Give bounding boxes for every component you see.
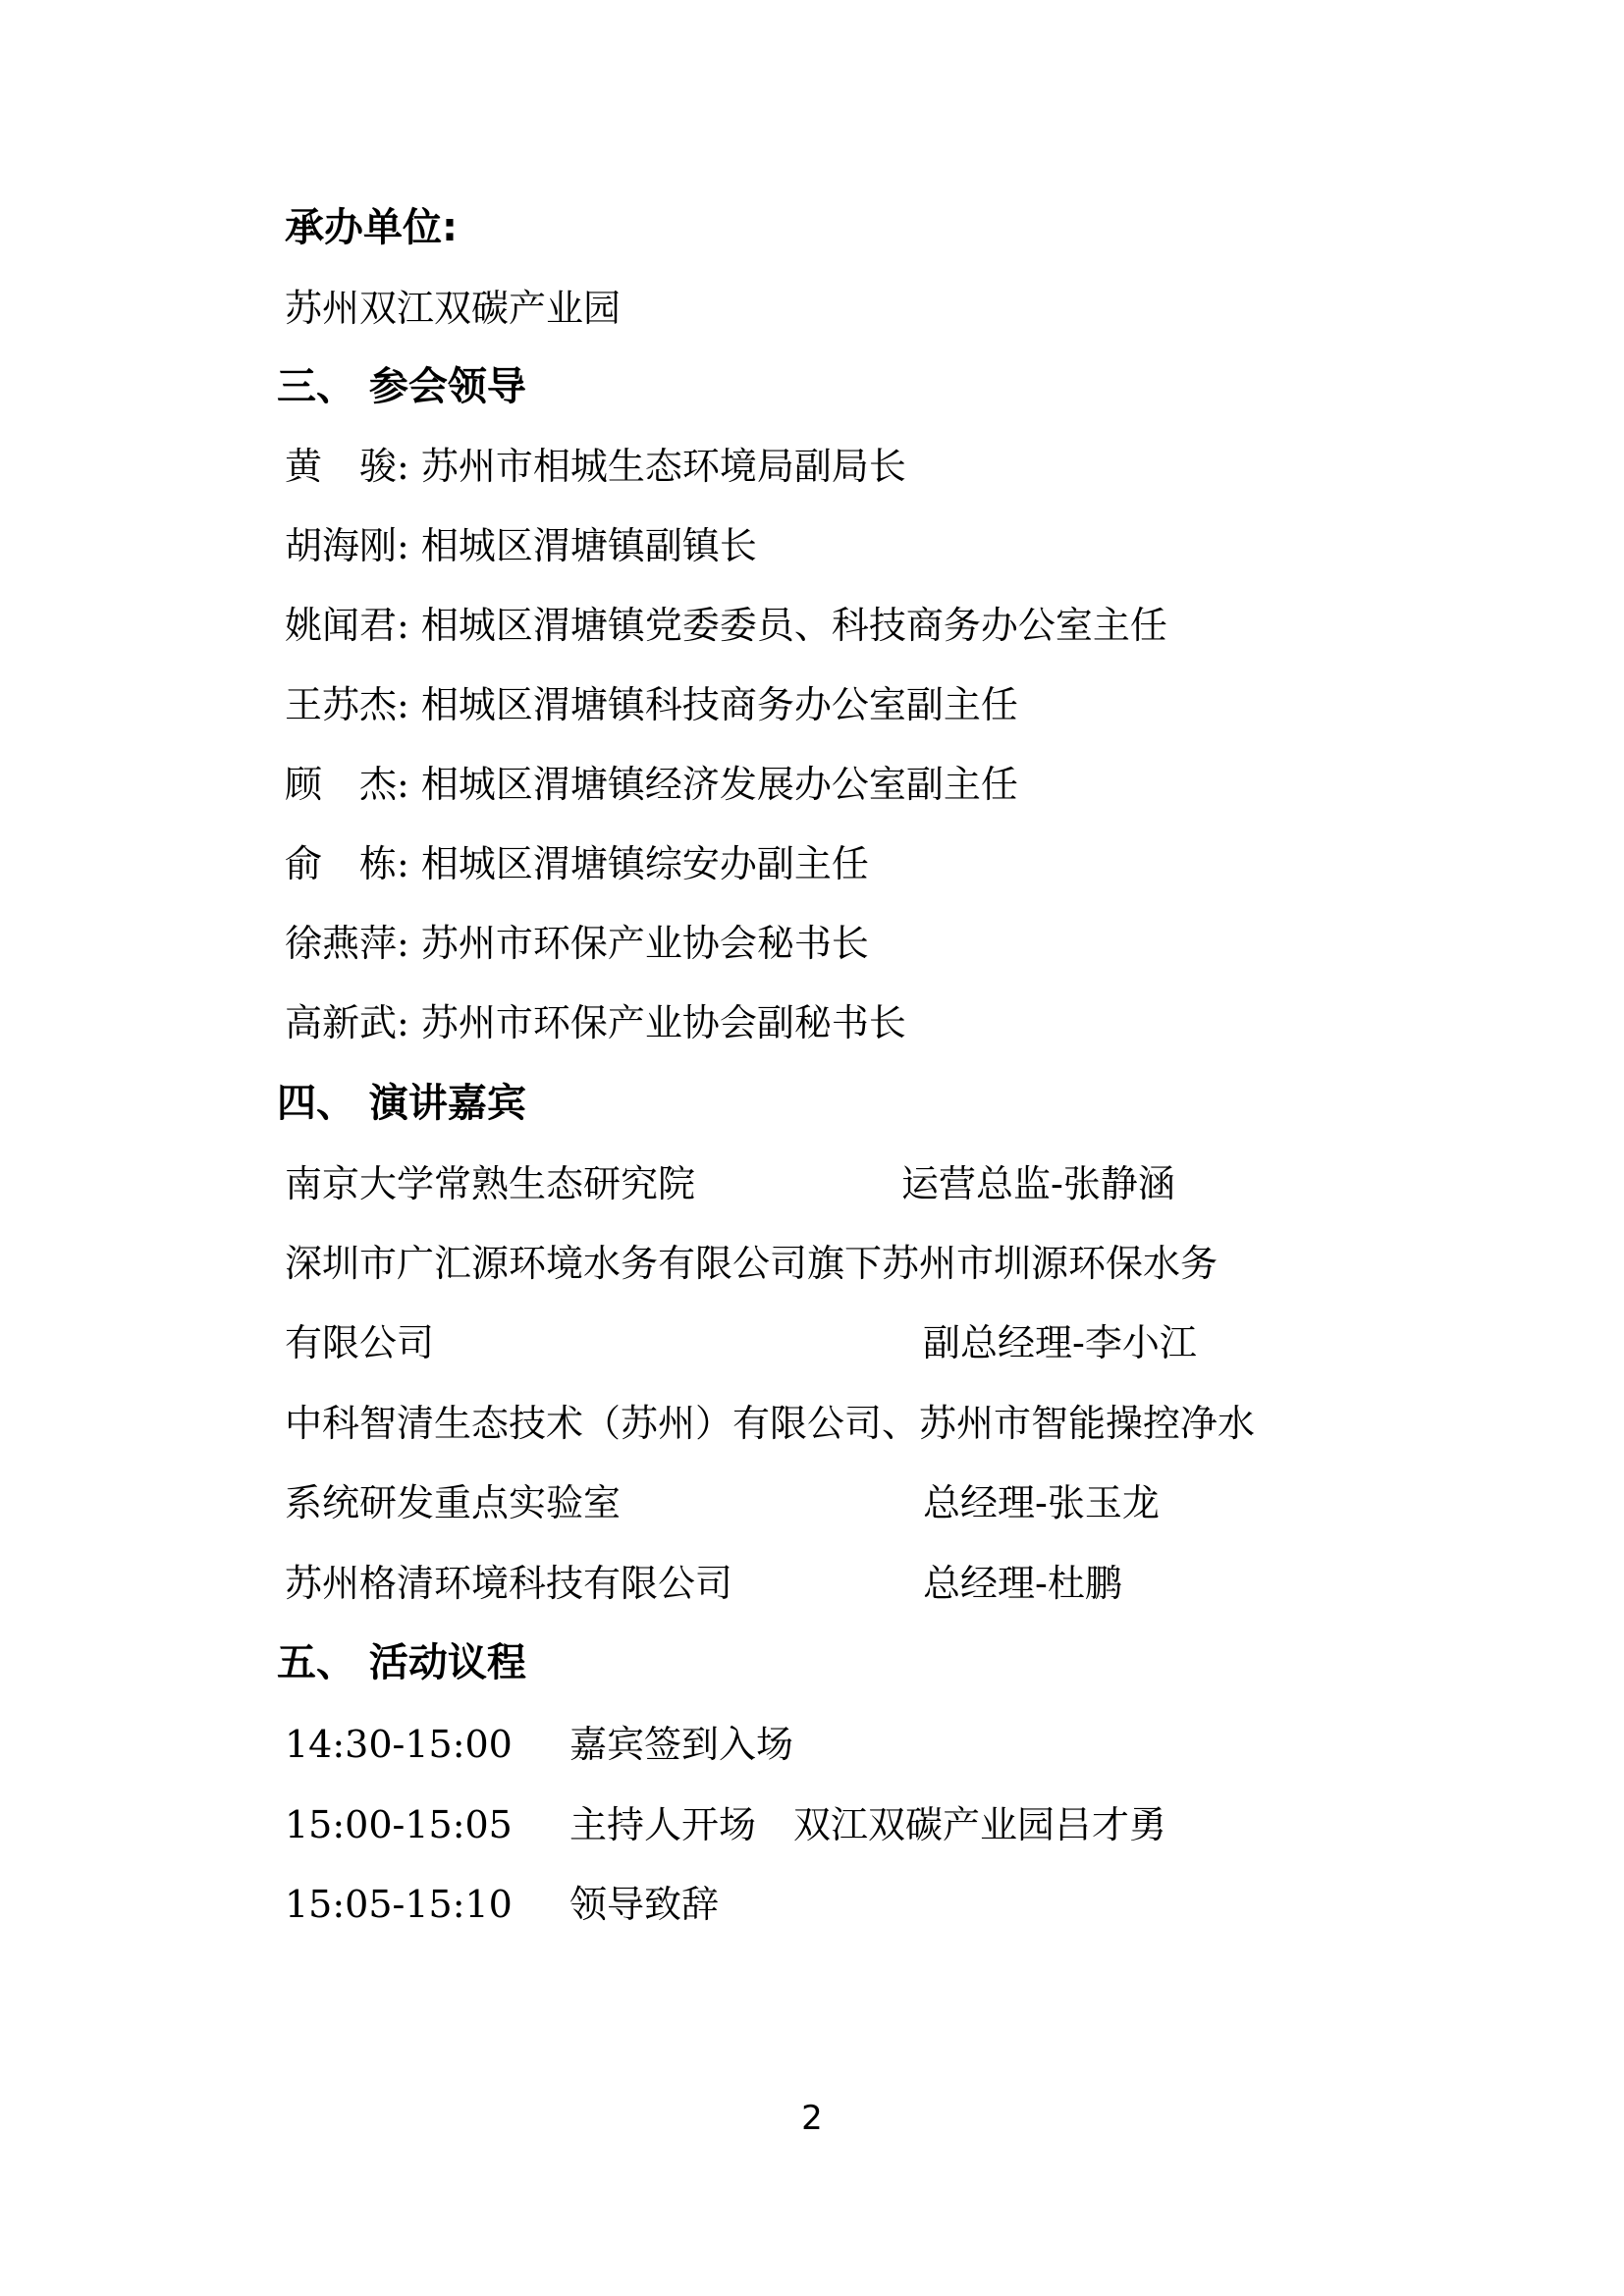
leader-name: 胡海刚: <box>285 524 409 567</box>
organizer-label: 承办单位: <box>285 204 458 251</box>
agenda-time: 15:00-15:05 <box>285 1801 569 1848</box>
leader-row: 胡海刚: 相城区渭塘镇副镇长 <box>285 522 757 569</box>
agenda-time: 15:05-15:10 <box>285 1881 569 1928</box>
leader-row: 姚闻君: 相城区渭塘镇党委委员、科技商务办公室主任 <box>285 602 1167 649</box>
section-title-leaders: 三、 参会领导 <box>277 363 526 410</box>
speaker-role: 运营总监-张静涵 <box>901 1160 1175 1207</box>
leader-row: 徐燕萍: 苏州市环保产业协会秘书长 <box>285 920 869 967</box>
speaker-org: 系统研发重点实验室 <box>285 1479 621 1526</box>
agenda-row: 14:30-15:00嘉宾签到入场 <box>285 1721 793 1768</box>
speaker-org: 南京大学常熟生态研究院 <box>285 1160 695 1207</box>
leader-title: 相城区渭塘镇副镇长 <box>421 524 757 567</box>
agenda-item: 领导致辞 <box>569 1883 719 1926</box>
speaker-org: 有限公司 <box>285 1319 434 1366</box>
leader-row: 高新武: 苏州市环保产业协会副秘书长 <box>285 999 906 1046</box>
agenda-row: 15:05-15:10领导致辞 <box>285 1881 719 1928</box>
page-number: 2 <box>0 2099 1624 2138</box>
speaker-role: 总经理-张玉龙 <box>923 1479 1160 1526</box>
speaker-org: 苏州格清环境科技有限公司 <box>285 1560 732 1607</box>
speaker-role: 总经理-杜鹏 <box>923 1560 1122 1607</box>
leader-name: 顾 杰: <box>285 763 409 806</box>
leader-title: 相城区渭塘镇经济发展办公室副主任 <box>421 763 1018 806</box>
organizer-name: 苏州双江双碳产业园 <box>285 285 621 332</box>
leader-title: 相城区渭塘镇科技商务办公室副主任 <box>421 683 1018 726</box>
leader-row: 黄 骏: 苏州市相城生态环境局副局长 <box>285 443 906 490</box>
speaker-org: 深圳市广汇源环境水务有限公司旗下苏州市圳源环保水务 <box>285 1240 1218 1287</box>
leader-name: 姚闻君: <box>285 604 409 647</box>
leader-name: 黄 骏: <box>285 445 409 488</box>
leader-row: 俞 栋: 相城区渭塘镇综安办副主任 <box>285 840 869 887</box>
leader-title: 相城区渭塘镇综安办副主任 <box>421 842 869 885</box>
agenda-item: 主持人开场 双江双碳产业园吕才勇 <box>569 1803 1166 1846</box>
leader-name: 徐燕萍: <box>285 922 409 965</box>
section-title-speakers: 四、 演讲嘉宾 <box>277 1080 526 1127</box>
leader-name: 俞 栋: <box>285 842 409 885</box>
leader-name: 高新武: <box>285 1001 409 1044</box>
speaker-org: 中科智清生态技术（苏州）有限公司、苏州市智能操控净水 <box>285 1400 1255 1447</box>
section-title-agenda: 五、 活动议程 <box>277 1639 526 1686</box>
leader-row: 王苏杰: 相城区渭塘镇科技商务办公室副主任 <box>285 681 1018 728</box>
leader-title: 苏州市环保产业协会副秘书长 <box>421 1001 906 1044</box>
leader-name: 王苏杰: <box>285 683 409 726</box>
agenda-time: 14:30-15:00 <box>285 1721 569 1768</box>
leader-row: 顾 杰: 相城区渭塘镇经济发展办公室副主任 <box>285 761 1018 808</box>
leader-title: 苏州市相城生态环境局副局长 <box>421 445 906 488</box>
leader-title: 苏州市环保产业协会秘书长 <box>421 922 869 965</box>
agenda-item: 嘉宾签到入场 <box>569 1723 793 1766</box>
agenda-row: 15:00-15:05主持人开场 双江双碳产业园吕才勇 <box>285 1801 1166 1848</box>
leader-title: 相城区渭塘镇党委委员、科技商务办公室主任 <box>421 604 1167 647</box>
speaker-role: 副总经理-李小江 <box>923 1319 1197 1366</box>
